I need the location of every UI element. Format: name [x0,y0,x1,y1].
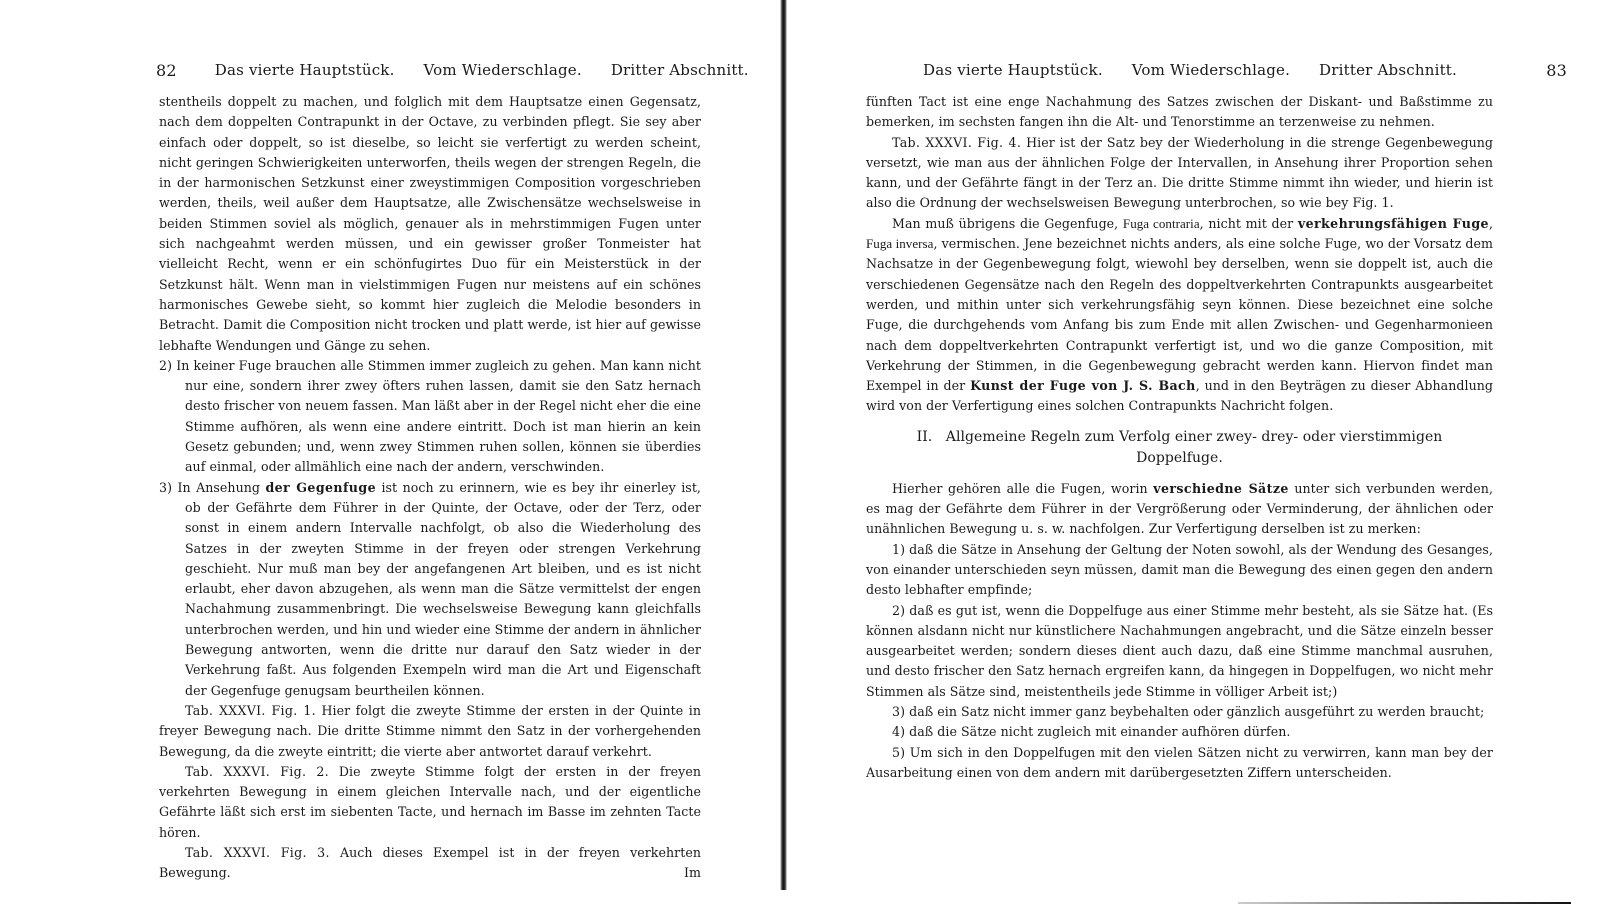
text: Man muß übrigens die Gegenfuge, [892,216,1118,231]
item-number: 2) [159,358,172,373]
running-header-left: 82 Das vierte Hauptstück. Vom Wiederschl… [156,58,706,82]
latin-term: Fuga contraria [1123,216,1200,231]
figure-description-2: Tab. XXXVI. Fig. 2. Die zweyte Stimme fo… [159,762,701,843]
rule-3: 3) daß ein Satz nicht immer ganz beybeha… [866,702,1493,722]
section-title: Dritter Abschnitt. [611,61,749,79]
emphasized-term: der Gegenfuge [265,480,376,495]
rule-1: 1) daß die Sätze in Ansehung der Geltung… [866,540,1493,601]
right-page: Das vierte Hauptstück. Vom Wiederschlage… [790,0,1599,918]
item-text: In Ansehung [177,480,260,495]
running-title: Das vierte Hauptstück. Vom Wiederschlage… [923,61,1457,79]
figure-description-1: Tab. XXXVI. Fig. 1. Hier folgt die zweyt… [159,701,701,762]
topic-title: Vom Wiederschlage. [424,61,582,79]
section-title: Dritter Abschnitt. [1319,61,1457,79]
section-heading: II. Allgemeine Regeln zum Verfolg einer … [866,427,1493,469]
item-number: 3) [159,480,172,495]
left-page: 82 Das vierte Hauptstück. Vom Wiederschl… [0,0,780,918]
rule-2: 2) daß es gut ist, wenn die Doppelfuge a… [866,601,1493,702]
chapter-title: Das vierte Hauptstück. [215,61,395,79]
book-gutter [780,0,787,890]
figure-description-4: Tab. XXXVI. Fig. 4. Hier ist der Satz be… [866,133,1493,214]
figure-reference: Tab. XXXVI. Fig. 2. [185,764,329,779]
emphasized-term: Kunst der Fuge von J. S. Bach [970,378,1196,393]
topic-title: Vom Wiederschlage. [1132,61,1290,79]
figure-reference: Tab. XXXVI. Fig. 3. [185,845,330,860]
running-header-right: Das vierte Hauptstück. Vom Wiederschlage… [923,58,1573,82]
page-edge-shadow [1238,902,1571,904]
chapter-title: Das vierte Hauptstück. [923,61,1103,79]
right-page-body: fünften Tact ist eine enge Nachahmung de… [866,92,1493,783]
paragraph: stentheils doppelt zu machen, und folgli… [159,92,701,356]
figure-reference: Tab. XXXVI. Fig. 4. [892,135,1021,150]
page-number: 82 [156,61,177,80]
text: , nicht mit der [1200,216,1294,231]
rule-4: 4) daß die Sätze nicht zugleich mit eina… [866,722,1493,742]
figure-reference: Tab. XXXVI. Fig. 1. [185,703,316,718]
item-text: In keiner Fuge brauchen alle Stimmen imm… [176,358,701,474]
paragraph: fünften Tact ist eine enge Nachahmung de… [866,92,1493,133]
text: , vermischen. Jene bezeichnet nichts and… [866,236,1493,393]
emphasized-term: verkehrungsfähigen Fuge [1298,216,1489,231]
running-title: Das vierte Hauptstück. Vom Wiederschlage… [215,61,749,79]
page-number: 83 [1546,61,1567,80]
emphasized-term: verschiedne Sätze [1153,481,1289,496]
item-text: ist noch zu erinnern, wie es bey ihr ein… [185,480,701,698]
latin-term: Fuga inversa [866,236,933,251]
section-heading-line: Doppelfuge. [866,448,1493,469]
rule-5: 5) Um sich in den Doppelfugen mit den vi… [866,743,1493,784]
figure-description-3: Tab. XXXVI. Fig. 3. Auch dieses Exempel … [159,843,701,884]
paragraph-gegenfuge: Man muß übrigens die Gegenfuge, Fuga con… [866,214,1493,417]
numbered-item-3: 3) In Ansehung der Gegenfuge ist noch zu… [159,478,701,701]
section-heading-line: II. Allgemeine Regeln zum Verfolg einer … [866,427,1493,448]
left-page-body: stentheils doppelt zu machen, und folgli… [159,92,701,884]
numbered-item-2: 2) In keiner Fuge brauchen alle Stimmen … [159,356,701,478]
text: Hierher gehören alle die Fugen, worin [892,481,1148,496]
paragraph-doppelfuge: Hierher gehören alle die Fugen, worin ve… [866,479,1493,540]
text: , [1489,216,1493,231]
